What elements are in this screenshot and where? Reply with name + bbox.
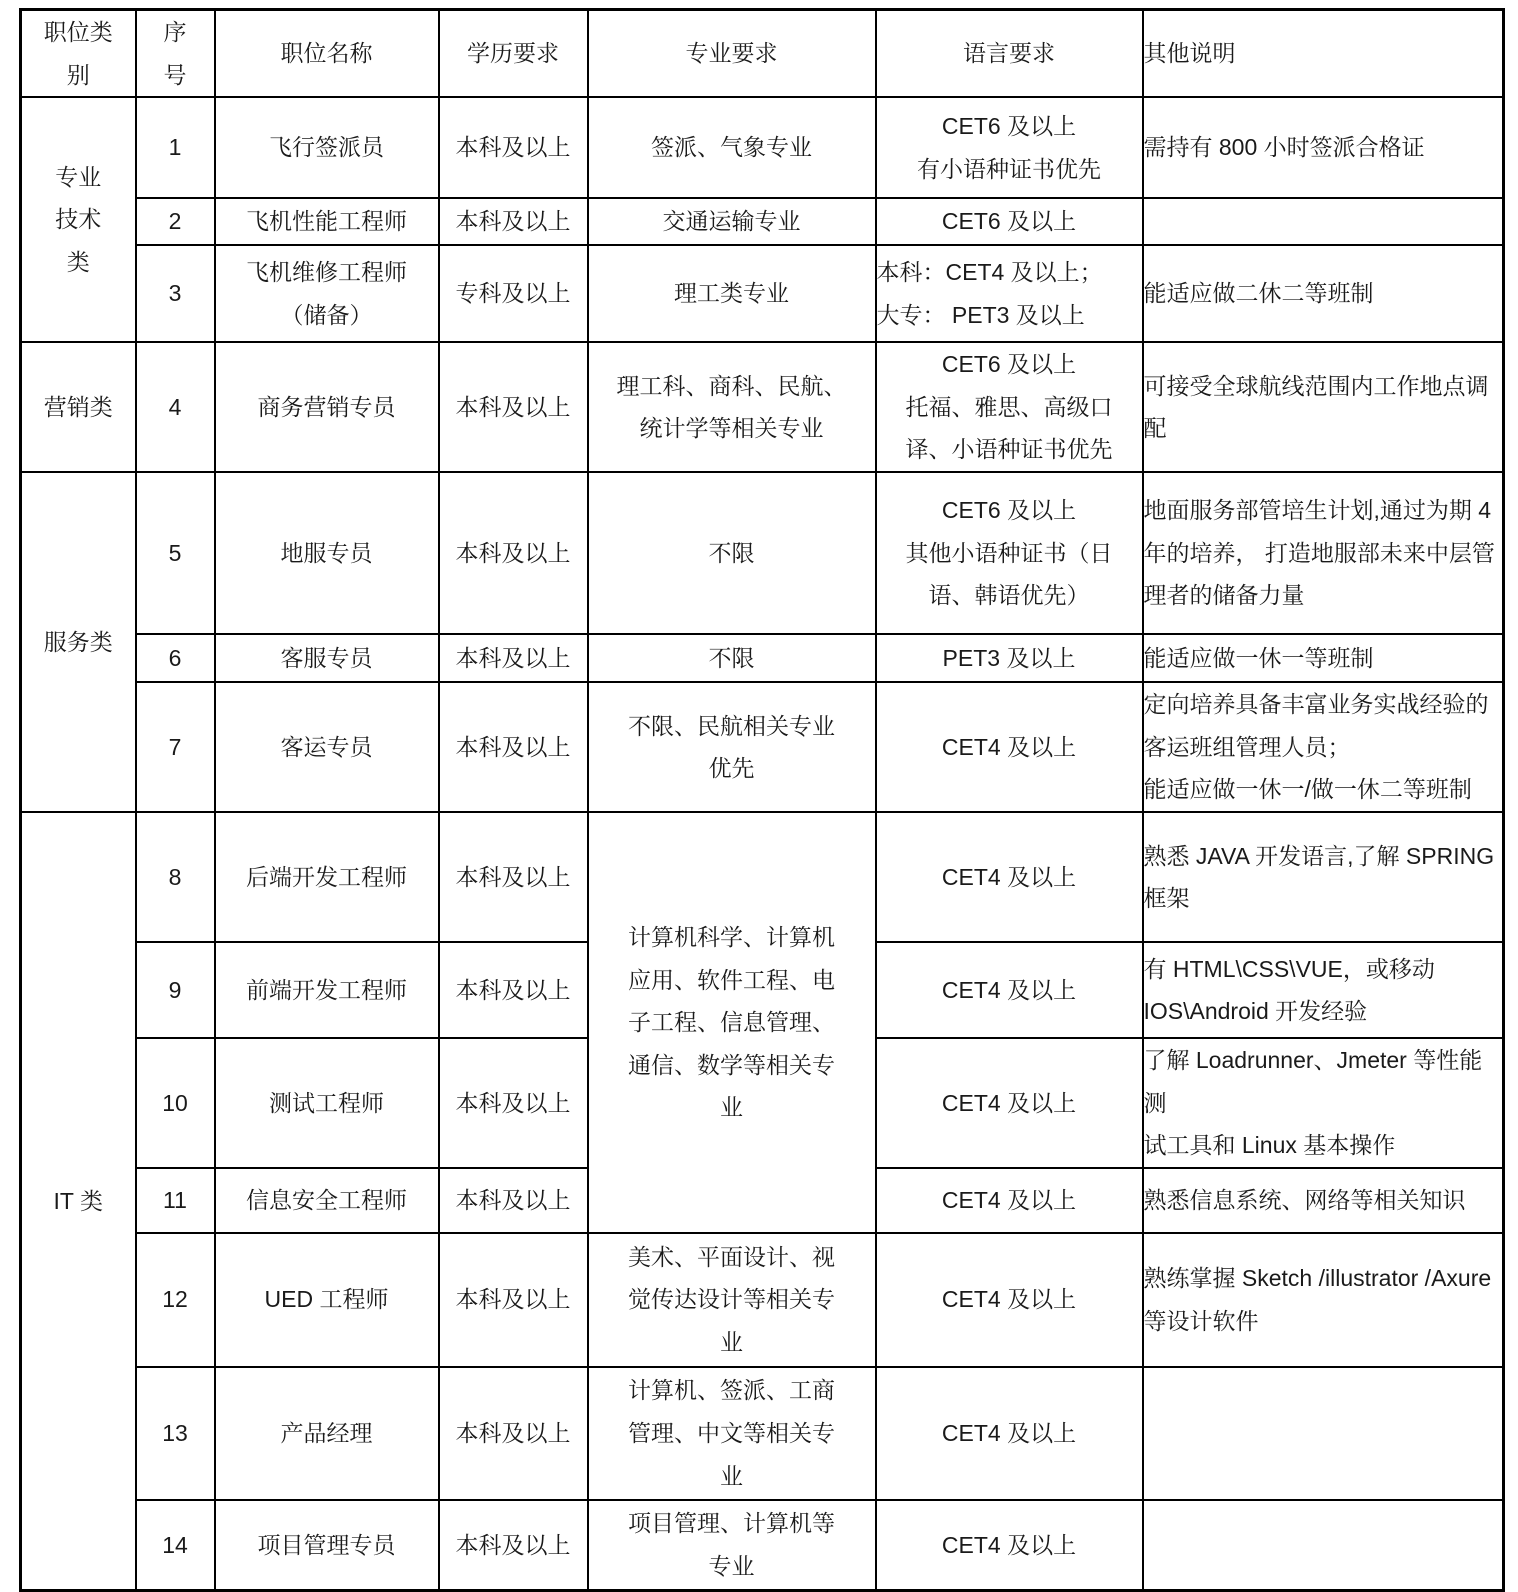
cell-no: 2 [136,198,215,245]
cell-no: 3 [136,245,215,342]
cell-no: 13 [136,1367,215,1500]
table-row: IT 类 8 后端开发工程师 本科及以上 计算机科学、计算机 应用、软件工程、电… [21,812,1504,942]
cell-notes [1143,1367,1504,1500]
cell-notes: 能适应做一休一等班制 [1143,634,1504,682]
cell-lang: CET4 及以上 [876,1367,1143,1500]
cell-lang: CET4 及以上 [876,682,1143,812]
cell-lang: CET4 及以上 [876,942,1143,1038]
cell-lang: CET4 及以上 [876,1500,1143,1591]
cell-edu: 本科及以上 [439,97,588,198]
category-cell-professional-tech: 专业 技术 类 [21,97,136,342]
cell-major: 不限、民航相关专业 优先 [588,682,876,812]
cell-title: 地服专员 [215,472,439,634]
cell-notes: 地面服务部管培生计划,通过为期 4 年的培养， 打造地服部未来中层管 理者的储备… [1143,472,1504,634]
col-header-no: 序 号 [136,10,215,98]
cell-edu: 本科及以上 [439,682,588,812]
cell-lang: CET6 及以上 其他小语种证书（日 语、韩语优先） [876,472,1143,634]
col-header-title: 职位名称 [215,10,439,98]
cell-no: 14 [136,1500,215,1591]
cell-notes: 定向培养具备丰富业务实战经验的 客运班组管理人员； 能适应做一休一/做一休二等班… [1143,682,1504,812]
cell-edu: 本科及以上 [439,1168,588,1233]
cell-major-merged-it: 计算机科学、计算机 应用、软件工程、电 子工程、信息管理、 通信、数学等相关专 … [588,812,876,1233]
cell-edu: 本科及以上 [439,472,588,634]
cell-title: 飞机维修工程师 （储备） [215,245,439,342]
table-row: 专业 技术 类 1 飞行签派员 本科及以上 签派、气象专业 CET6 及以上 有… [21,97,1504,198]
page: 职位类 别 序 号 职位名称 学历要求 专业要求 语言要求 其他说明 专业 技术… [0,0,1518,1560]
cell-edu: 本科及以上 [439,1500,588,1591]
cell-notes: 有 HTML\CSS\VUE，或移动 IOS\Android 开发经验 [1143,942,1504,1038]
col-header-notes: 其他说明 [1143,10,1504,98]
header-row: 职位类 别 序 号 职位名称 学历要求 专业要求 语言要求 其他说明 [21,10,1504,98]
cell-title: 后端开发工程师 [215,812,439,942]
cell-title: 信息安全工程师 [215,1168,439,1233]
cell-notes: 熟悉 JAVA 开发语言,了解 SPRING 框架 [1143,812,1504,942]
cell-no: 7 [136,682,215,812]
cell-no: 5 [136,472,215,634]
cell-lang: PET3 及以上 [876,634,1143,682]
cell-no: 6 [136,634,215,682]
cell-no: 11 [136,1168,215,1233]
cell-notes: 可接受全球航线范围内工作地点调 配 [1143,342,1504,472]
cell-title: 产品经理 [215,1367,439,1500]
cell-lang: CET4 及以上 [876,1168,1143,1233]
cell-edu: 本科及以上 [439,942,588,1038]
cell-major: 不限 [588,472,876,634]
table-row: 3 飞机维修工程师 （储备） 专科及以上 理工类专业 本科：CET4 及以上； … [21,245,1504,342]
col-header-lang: 语言要求 [876,10,1143,98]
cell-edu: 本科及以上 [439,1038,588,1168]
cell-lang: CET4 及以上 [876,1038,1143,1168]
cell-title: 客运专员 [215,682,439,812]
col-header-edu: 学历要求 [439,10,588,98]
table-row: 服务类 5 地服专员 本科及以上 不限 CET6 及以上 其他小语种证书（日 语… [21,472,1504,634]
table-row: 营销类 4 商务营销专员 本科及以上 理工科、商科、民航、 统计学等相关专业 C… [21,342,1504,472]
cell-notes: 能适应做二休二等班制 [1143,245,1504,342]
col-header-category: 职位类 别 [21,10,136,98]
cell-title: UED 工程师 [215,1233,439,1367]
cell-notes: 了解 Loadrunner、Jmeter 等性能测 试工具和 Linux 基本操… [1143,1038,1504,1168]
cell-major: 项目管理、计算机等 专业 [588,1500,876,1591]
table-row: 7 客运专员 本科及以上 不限、民航相关专业 优先 CET4 及以上 定向培养具… [21,682,1504,812]
cell-title: 客服专员 [215,634,439,682]
cell-notes: 熟练掌握 Sketch /illustrator /Axure 等设计软件 [1143,1233,1504,1367]
cell-notes [1143,198,1504,245]
cell-edu: 本科及以上 [439,634,588,682]
cell-edu: 专科及以上 [439,245,588,342]
cell-lang: CET6 及以上 [876,198,1143,245]
cell-major: 不限 [588,634,876,682]
cell-notes [1143,1500,1504,1591]
cell-no: 9 [136,942,215,1038]
cell-major: 计算机、签派、工商 管理、中文等相关专 业 [588,1367,876,1500]
table-row: 6 客服专员 本科及以上 不限 PET3 及以上 能适应做一休一等班制 [21,634,1504,682]
table-row: 14 项目管理专员 本科及以上 项目管理、计算机等 专业 CET4 及以上 [21,1500,1504,1591]
cell-major: 理工类专业 [588,245,876,342]
cell-no: 1 [136,97,215,198]
job-positions-table: 职位类 别 序 号 职位名称 学历要求 专业要求 语言要求 其他说明 专业 技术… [19,8,1505,1592]
cell-edu: 本科及以上 [439,1367,588,1500]
cell-lang: CET4 及以上 [876,1233,1143,1367]
cell-major: 理工科、商科、民航、 统计学等相关专业 [588,342,876,472]
cell-notes: 熟悉信息系统、网络等相关知识 [1143,1168,1504,1233]
cell-lang: CET6 及以上 托福、雅思、高级口 译、小语种证书优先 [876,342,1143,472]
col-header-major: 专业要求 [588,10,876,98]
cell-title: 飞行签派员 [215,97,439,198]
cell-edu: 本科及以上 [439,342,588,472]
cell-edu: 本科及以上 [439,1233,588,1367]
cell-no: 8 [136,812,215,942]
cell-notes: 需持有 800 小时签派合格证 [1143,97,1504,198]
cell-no: 4 [136,342,215,472]
cell-no: 10 [136,1038,215,1168]
cell-major: 交通运输专业 [588,198,876,245]
cell-title: 前端开发工程师 [215,942,439,1038]
table-row: 13 产品经理 本科及以上 计算机、签派、工商 管理、中文等相关专 业 CET4… [21,1367,1504,1500]
cell-lang: CET6 及以上 有小语种证书优先 [876,97,1143,198]
table-row: 2 飞机性能工程师 本科及以上 交通运输专业 CET6 及以上 [21,198,1504,245]
cell-title: 商务营销专员 [215,342,439,472]
cell-edu: 本科及以上 [439,812,588,942]
cell-major: 美术、平面设计、视 觉传达设计等相关专 业 [588,1233,876,1367]
cell-title: 项目管理专员 [215,1500,439,1591]
category-cell-marketing: 营销类 [21,342,136,472]
category-cell-it: IT 类 [21,812,136,1591]
cell-major: 签派、气象专业 [588,97,876,198]
cell-edu: 本科及以上 [439,198,588,245]
cell-no: 12 [136,1233,215,1367]
cell-lang: CET4 及以上 [876,812,1143,942]
table-row: 12 UED 工程师 本科及以上 美术、平面设计、视 觉传达设计等相关专 业 C… [21,1233,1504,1367]
cell-lang: 本科：CET4 及以上； 大专： PET3 及以上 [876,245,1143,342]
category-cell-service: 服务类 [21,472,136,812]
cell-title: 飞机性能工程师 [215,198,439,245]
cell-title: 测试工程师 [215,1038,439,1168]
